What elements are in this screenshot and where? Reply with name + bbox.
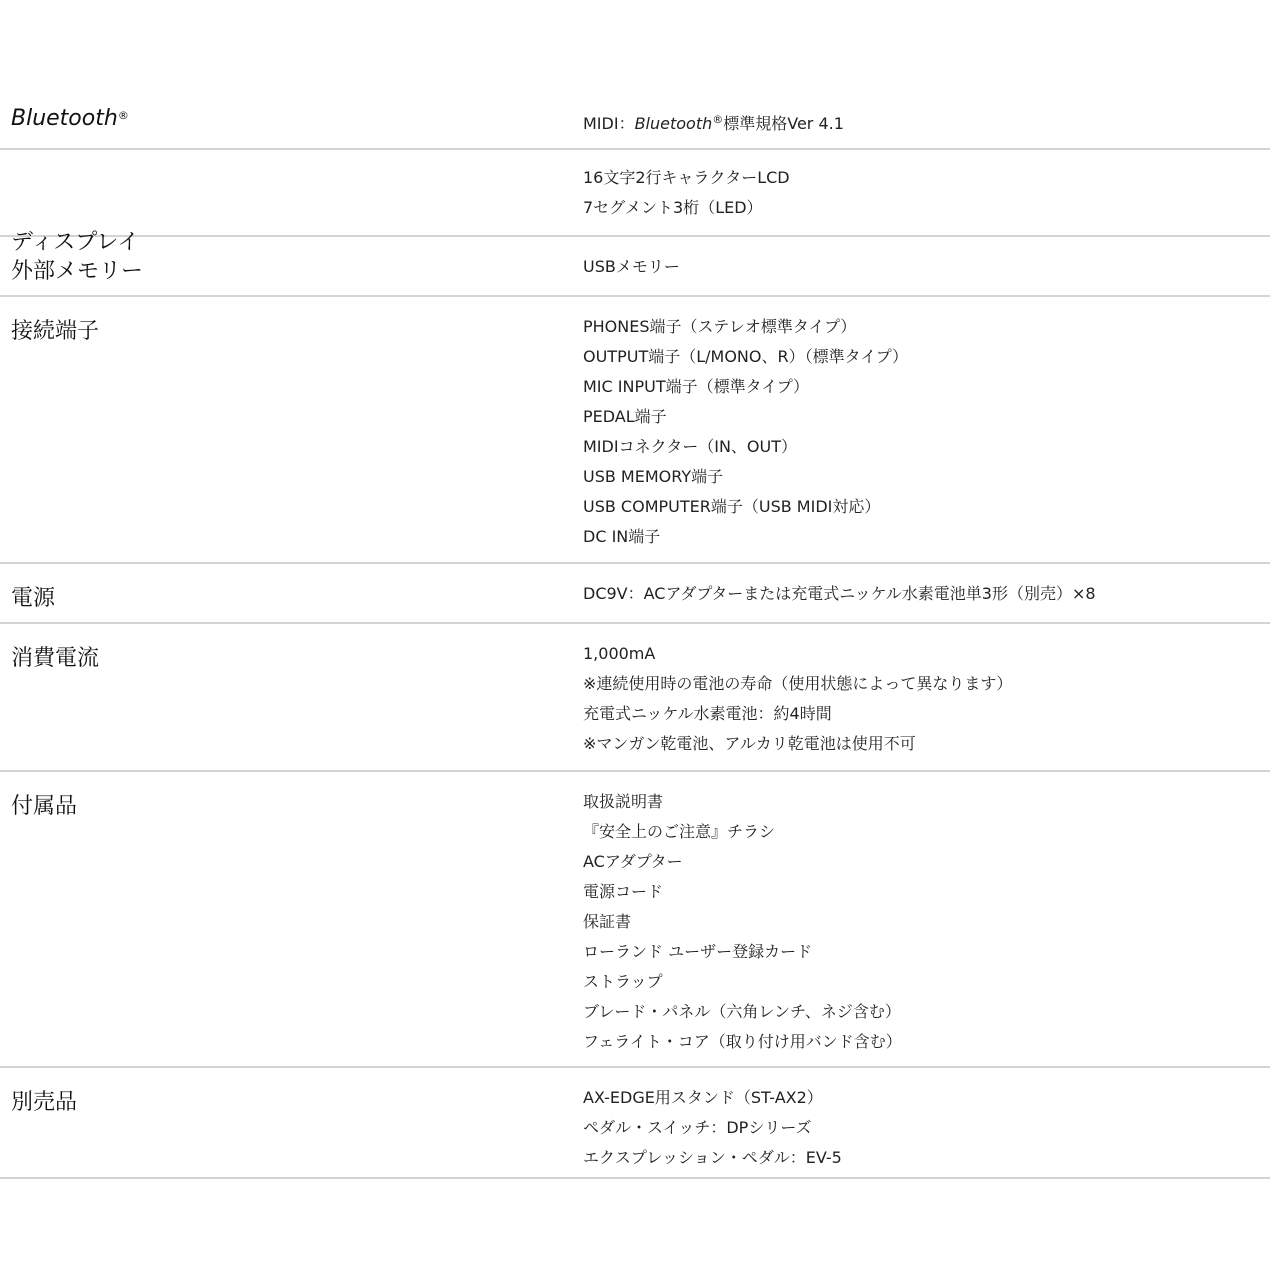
value-italic: Bluetooth	[635, 114, 713, 133]
spec-value: PHONES端子（ステレオ標準タイプ）	[583, 312, 1270, 342]
spec-value: 充電式ニッケル水素電池：約4時間	[583, 699, 1270, 729]
spec-value: フェライト・コア（取り付け用バンド含む）	[583, 1027, 1270, 1057]
spec-value: 1,000mA	[583, 639, 1270, 669]
spec-row-connectors: 接続端子 PHONES端子（ステレオ標準タイプ） OUTPUT端子（L/MONO…	[0, 297, 1270, 564]
spec-value: USB COMPUTER端子（USB MIDI対応）	[583, 492, 1270, 522]
value-suffix: 標準規格Ver 4.1	[723, 114, 844, 133]
spec-row-current-draw: 消費電流 1,000mA ※連続使用時の電池の寿命（使用状態によって異なります）…	[0, 624, 1270, 772]
spec-values: USBメモリー	[583, 237, 1270, 295]
spec-value: MIDIコネクター（IN、OUT）	[583, 432, 1270, 462]
spec-value: ローランド ユーザー登録カード	[583, 937, 1270, 967]
spec-label: 別売品	[0, 1068, 583, 1177]
spec-value: OUTPUT端子（L/MONO、R）（標準タイプ）	[583, 342, 1270, 372]
spec-value: ※連続使用時の電池の寿命（使用状態によって異なります）	[583, 669, 1270, 699]
spec-value: MIDI：Bluetooth®標準規格Ver 4.1	[583, 105, 1270, 135]
spec-row-accessories: 付属品 取扱説明書 『安全上のご注意』チラシ ACアダプター 電源コード 保証書…	[0, 772, 1270, 1068]
spec-value: ペダル・スイッチ：DPシリーズ	[583, 1113, 1270, 1143]
spec-value: 7セグメント3桁（LED）	[583, 193, 1270, 223]
spec-values: MIDI：Bluetooth®標準規格Ver 4.1	[583, 90, 1270, 148]
spec-value: AX-EDGE用スタンド（ST-AX2）	[583, 1083, 1270, 1113]
spec-label: 電源	[0, 564, 583, 622]
spec-value: ストラップ	[583, 967, 1270, 997]
spec-value: DC9V：ACアダプターまたは充電式ニッケル水素電池単3形（別売）×8	[583, 579, 1270, 609]
spec-values: PHONES端子（ステレオ標準タイプ） OUTPUT端子（L/MONO、R）（標…	[583, 297, 1270, 562]
spec-values: 16文字2行キャラクターLCD 7セグメント3桁（LED）	[583, 150, 1270, 235]
spec-value: 電源コード	[583, 877, 1270, 907]
value-prefix: MIDI：	[583, 114, 635, 133]
spec-value: 保証書	[583, 907, 1270, 937]
spec-value: 取扱説明書	[583, 787, 1270, 817]
spec-values: 1,000mA ※連続使用時の電池の寿命（使用状態によって異なります） 充電式ニ…	[583, 624, 1270, 770]
registered-mark: ®	[118, 109, 129, 122]
spec-row-power: 電源 DC9V：ACアダプターまたは充電式ニッケル水素電池単3形（別売）×8	[0, 564, 1270, 624]
spec-value: ACアダプター	[583, 847, 1270, 877]
spec-values: 取扱説明書 『安全上のご注意』チラシ ACアダプター 電源コード 保証書 ローラ…	[583, 772, 1270, 1066]
spec-label: 付属品	[0, 772, 583, 1066]
spec-value: エクスプレッション・ペダル：EV-5	[583, 1143, 1270, 1173]
spec-label: 外部メモリー	[0, 237, 583, 295]
spec-value: ブレード・パネル（六角レンチ、ネジ含む）	[583, 997, 1270, 1027]
spec-label: ディスプレイ	[0, 150, 583, 235]
spec-values: AX-EDGE用スタンド（ST-AX2） ペダル・スイッチ：DPシリーズ エクス…	[583, 1068, 1270, 1177]
spec-value: PEDAL端子	[583, 402, 1270, 432]
spec-value: 16文字2行キャラクターLCD	[583, 163, 1270, 193]
spec-row-external-memory: 外部メモリー USBメモリー	[0, 237, 1270, 297]
spec-label-text: Bluetooth	[11, 106, 118, 131]
spec-table: Bluetooth® MIDI：Bluetooth®標準規格Ver 4.1 ディ…	[0, 90, 1270, 1179]
spec-value: 『安全上のご注意』チラシ	[583, 817, 1270, 847]
registered-mark: ®	[712, 113, 723, 126]
spec-value: USB MEMORY端子	[583, 462, 1270, 492]
spec-row-display: ディスプレイ 16文字2行キャラクターLCD 7セグメント3桁（LED）	[0, 150, 1270, 237]
spec-label: 消費電流	[0, 624, 583, 770]
spec-label: Bluetooth®	[0, 90, 583, 148]
spec-row-options: 別売品 AX-EDGE用スタンド（ST-AX2） ペダル・スイッチ：DPシリーズ…	[0, 1068, 1270, 1179]
spec-row-bluetooth: Bluetooth® MIDI：Bluetooth®標準規格Ver 4.1	[0, 90, 1270, 150]
spec-value: ※マンガン乾電池、アルカリ乾電池は使用不可	[583, 729, 1270, 759]
spec-value: DC IN端子	[583, 522, 1270, 552]
spec-value: MIC INPUT端子（標準タイプ）	[583, 372, 1270, 402]
spec-values: DC9V：ACアダプターまたは充電式ニッケル水素電池単3形（別売）×8	[583, 564, 1270, 622]
spec-value: USBメモリー	[583, 252, 1270, 282]
spec-label: 接続端子	[0, 297, 583, 562]
